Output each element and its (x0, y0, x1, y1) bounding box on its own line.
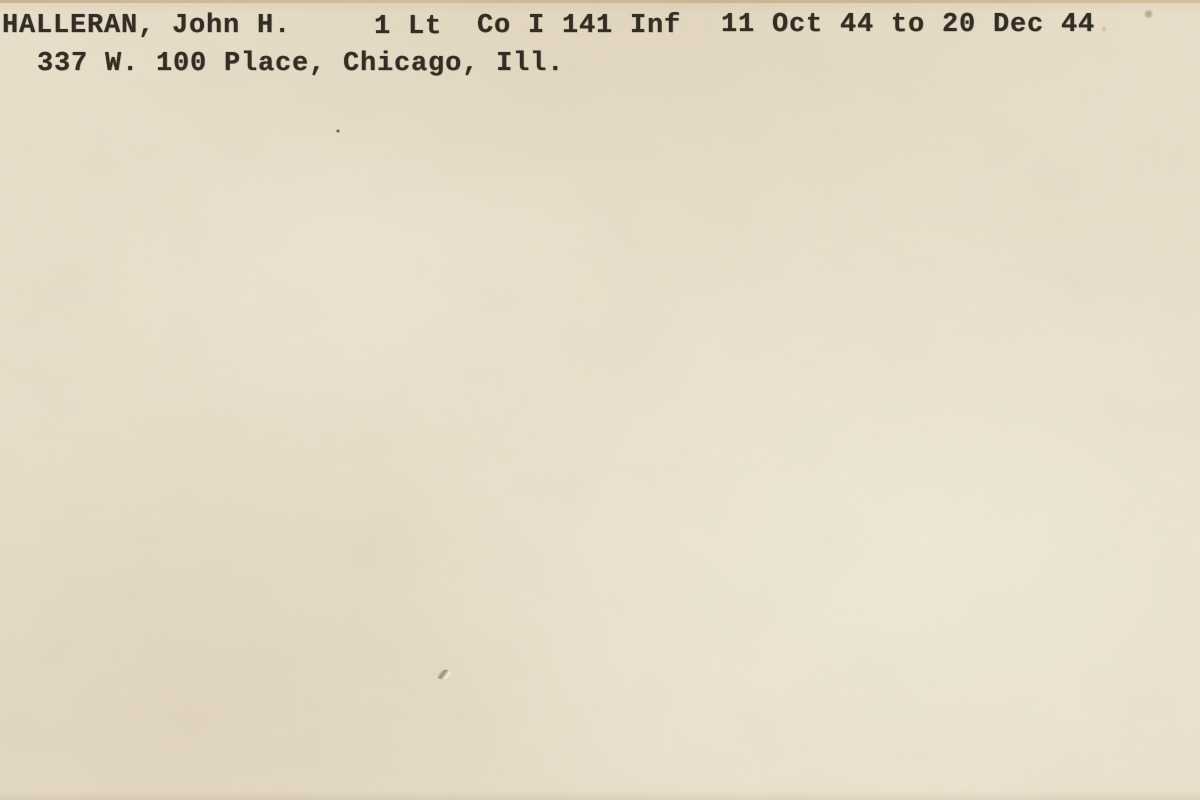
card-name-text: HALLERAN, John H. (2, 11, 291, 41)
card-service-dates-text: 11 Oct 44 to 20 Dec 44 (721, 10, 1095, 40)
faint-smudge (1144, 9, 1153, 19)
index-card: HALLERAN, John H. 1 Lt Co I 141 Inf 11 O… (0, 0, 1200, 800)
paper-fiber-speck (436, 669, 451, 680)
card-unit-text: Co I 141 Inf (477, 11, 681, 41)
card-address-text: 337 W. 100 Place, Chicago, Ill. (37, 49, 564, 79)
paper-texture (0, 0, 1200, 800)
ink-speck (336, 129, 340, 133)
card-rank-text: 1 Lt (374, 12, 442, 42)
faint-pink-speck (1101, 26, 1107, 32)
scan-top-edge (0, 0, 1200, 3)
